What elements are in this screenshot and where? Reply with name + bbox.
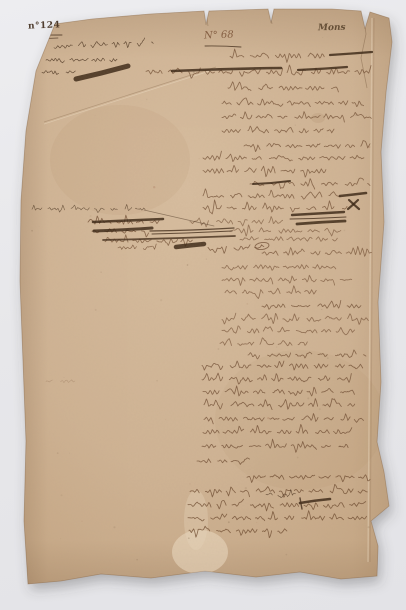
paper-surface [0,0,406,610]
manuscript-photo: n°124 N° 68 Mons [0,0,406,610]
paper-grain [0,0,406,610]
manuscript-page [0,0,406,610]
